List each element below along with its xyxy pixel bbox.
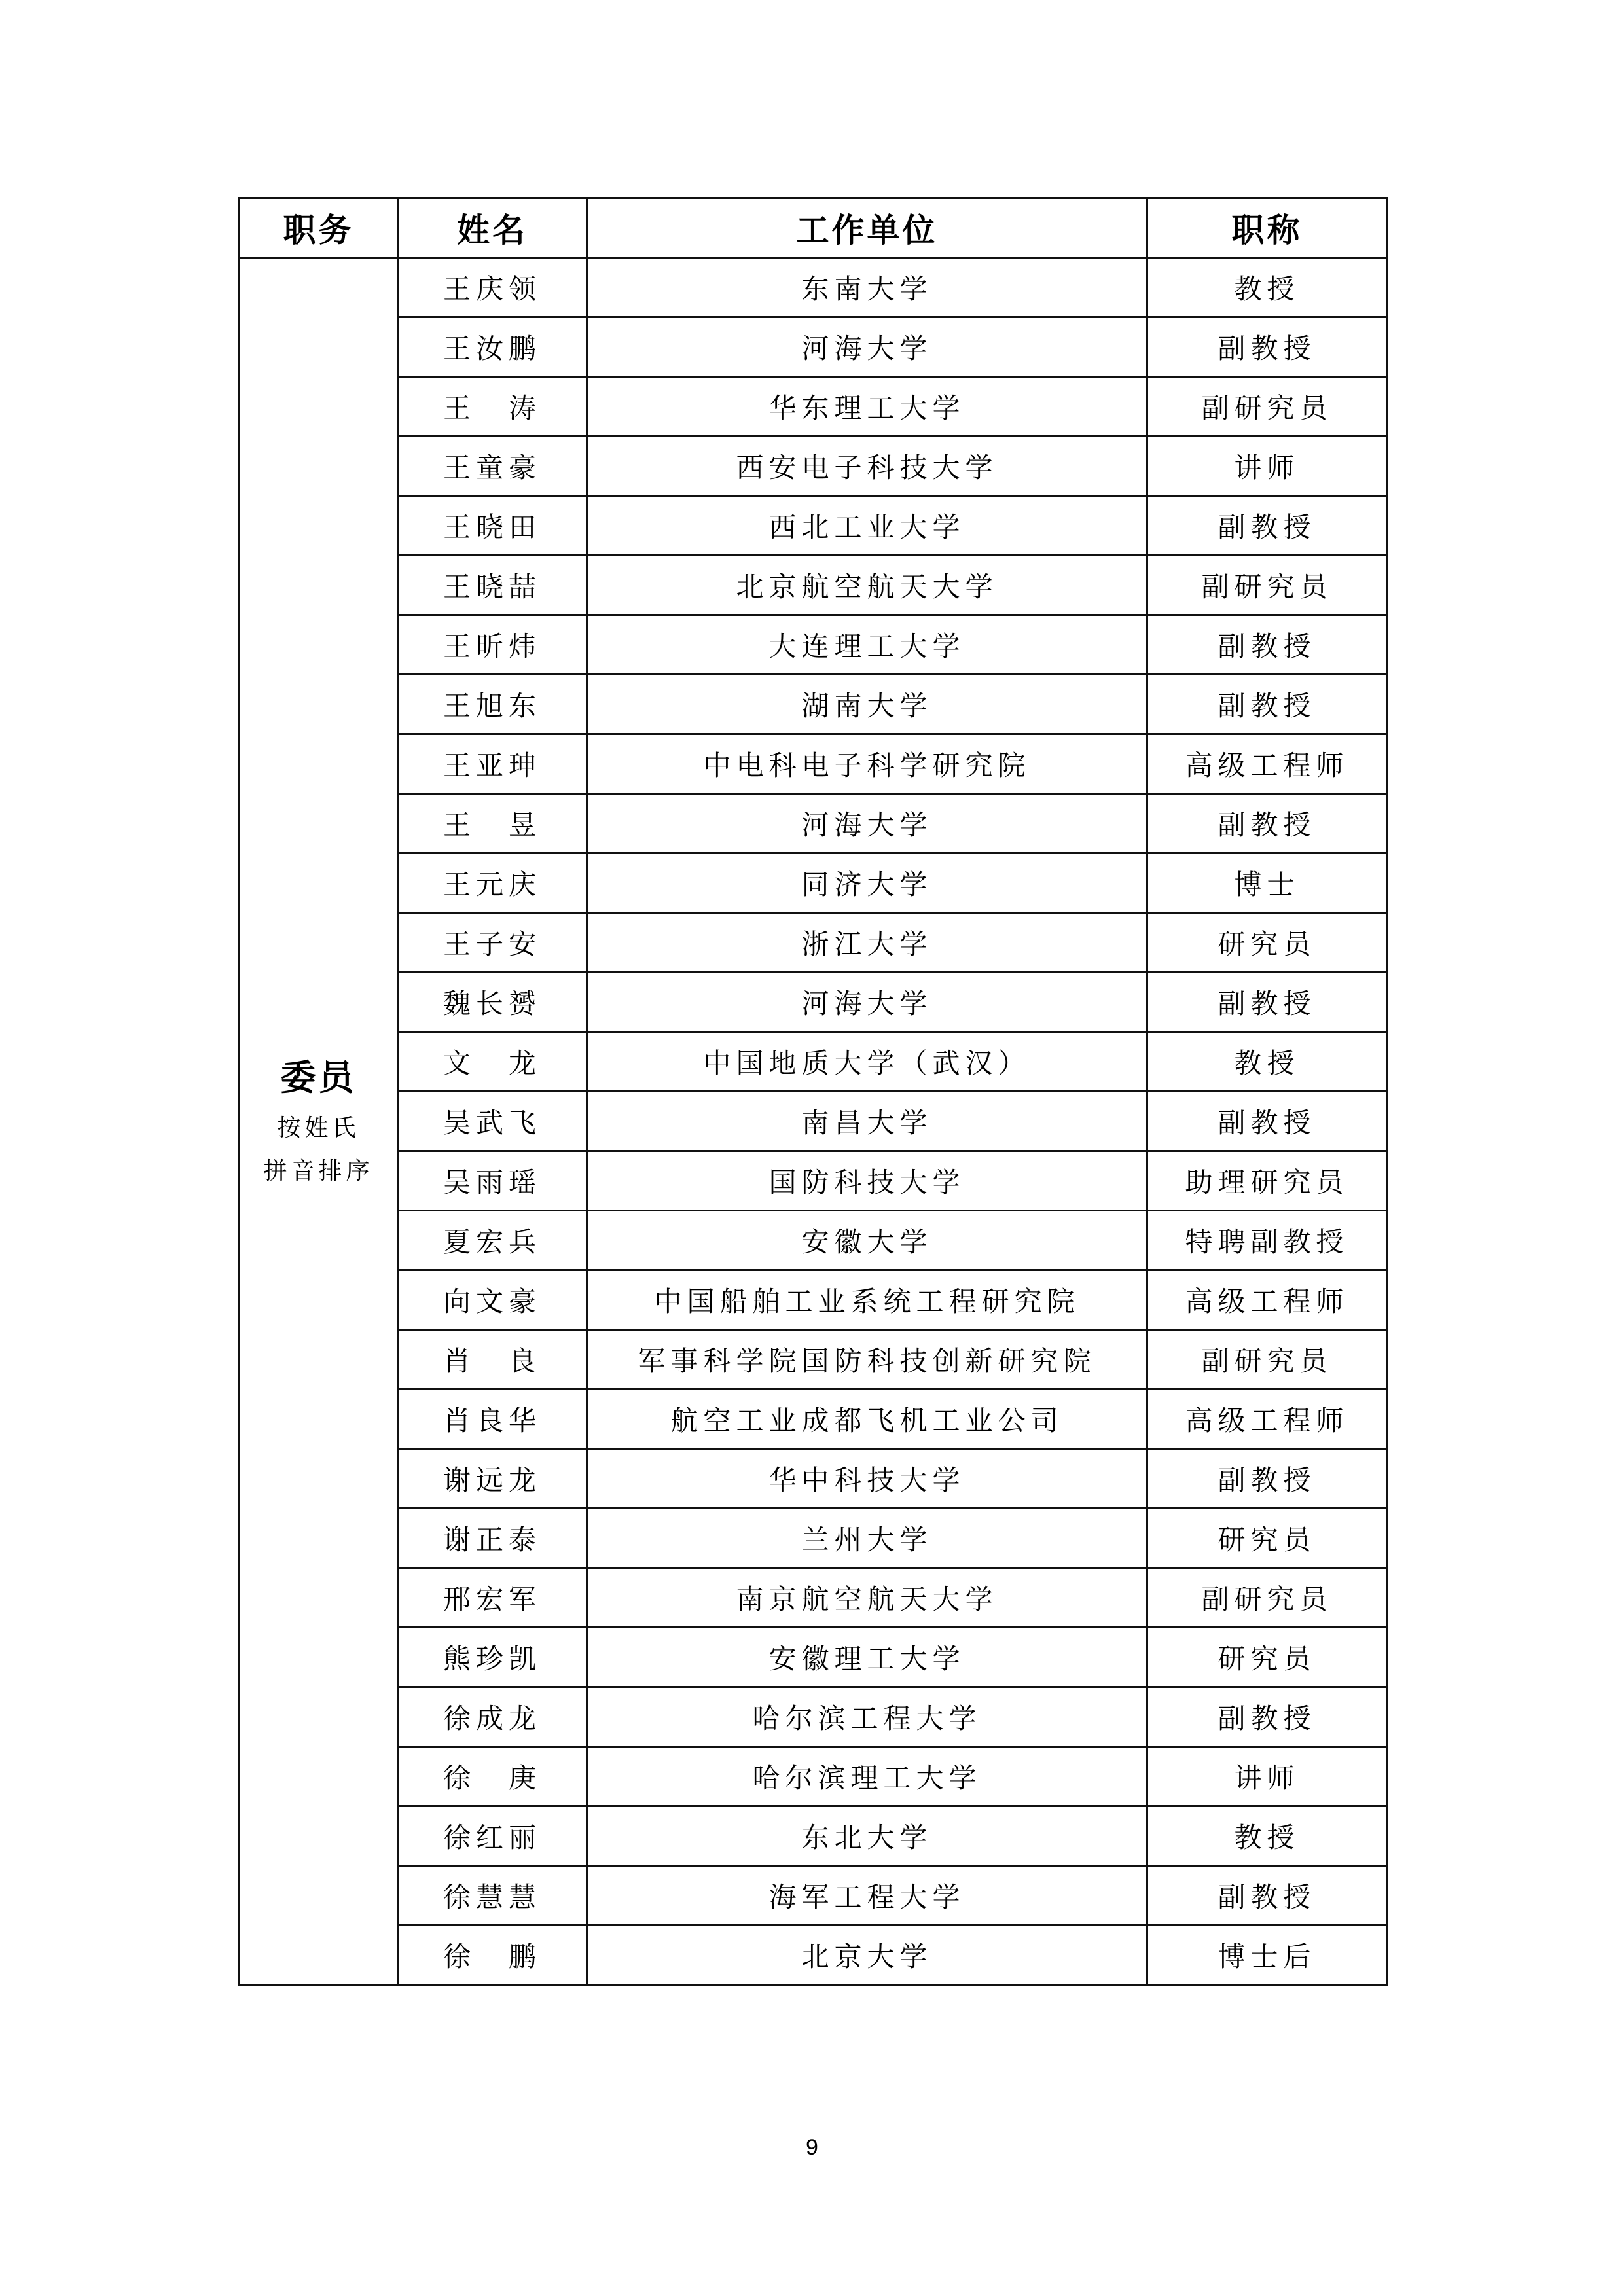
member-name: 谢远龙 xyxy=(398,1449,587,1509)
member-name: 王晓喆 xyxy=(398,556,587,615)
member-unit: 西北工业大学 xyxy=(587,496,1147,556)
page-number: 9 xyxy=(0,2135,1624,2161)
table-row: 徐慧慧海军工程大学副教授 xyxy=(240,1866,1387,1926)
table-row: 魏长赟河海大学副教授 xyxy=(240,973,1387,1032)
table-row: 熊珍凯安徽理工大学研究员 xyxy=(240,1628,1387,1687)
member-title: 研究员 xyxy=(1147,1628,1387,1687)
member-title: 高级工程师 xyxy=(1147,734,1387,794)
table-row: 王元庆同济大学博士 xyxy=(240,853,1387,913)
member-title: 博士后 xyxy=(1147,1926,1387,1985)
member-name: 王童豪 xyxy=(398,437,587,496)
member-title: 副教授 xyxy=(1147,1866,1387,1926)
member-unit: 南京航空航天大学 xyxy=(587,1568,1147,1628)
member-unit: 河海大学 xyxy=(587,794,1147,853)
member-unit: 华中科技大学 xyxy=(587,1449,1147,1509)
header-title: 职称 xyxy=(1147,198,1387,258)
table-row: 王旭东湖南大学副教授 xyxy=(240,675,1387,734)
table-row: 王 昱河海大学副教授 xyxy=(240,794,1387,853)
member-name: 王 昱 xyxy=(398,794,587,853)
committee-roster-table: 职务 姓名 工作单位 职称 委员 按姓氏 拼音排序 王庆领 东南大学 教授 王汝… xyxy=(238,197,1388,1986)
member-unit: 东南大学 xyxy=(587,258,1147,317)
table-row: 文 龙中国地质大学（武汉）教授 xyxy=(240,1032,1387,1092)
member-unit: 浙江大学 xyxy=(587,913,1147,973)
table-row: 王昕炜大连理工大学副教授 xyxy=(240,615,1387,675)
member-title: 副教授 xyxy=(1147,675,1387,734)
member-title: 副教授 xyxy=(1147,1092,1387,1151)
member-title: 讲师 xyxy=(1147,437,1387,496)
member-unit: 中电科电子科学研究院 xyxy=(587,734,1147,794)
table-row: 徐 鹏北京大学博士后 xyxy=(240,1926,1387,1985)
member-unit: 河海大学 xyxy=(587,317,1147,377)
member-name: 谢正泰 xyxy=(398,1509,587,1568)
table-row: 王亚珅中电科电子科学研究院高级工程师 xyxy=(240,734,1387,794)
member-title: 研究员 xyxy=(1147,913,1387,973)
role-note-line2: 拼音排序 xyxy=(240,1150,397,1193)
member-title: 教授 xyxy=(1147,1806,1387,1866)
member-name: 王 涛 xyxy=(398,377,587,437)
member-title: 副教授 xyxy=(1147,496,1387,556)
member-name: 文 龙 xyxy=(398,1032,587,1092)
member-title: 副研究员 xyxy=(1147,377,1387,437)
member-unit: 兰州大学 xyxy=(587,1509,1147,1568)
table-row: 徐 庚哈尔滨理工大学讲师 xyxy=(240,1747,1387,1806)
table-row: 王汝鹏河海大学副教授 xyxy=(240,317,1387,377)
table-row: 徐红丽东北大学教授 xyxy=(240,1806,1387,1866)
table-row: 徐成龙哈尔滨工程大学副教授 xyxy=(240,1687,1387,1747)
table-row: 夏宏兵安徽大学特聘副教授 xyxy=(240,1211,1387,1270)
table-row: 邢宏军南京航空航天大学副研究员 xyxy=(240,1568,1387,1628)
member-unit: 安徽理工大学 xyxy=(587,1628,1147,1687)
member-name: 向文豪 xyxy=(398,1270,587,1330)
member-name: 徐慧慧 xyxy=(398,1866,587,1926)
member-name: 王元庆 xyxy=(398,853,587,913)
member-title: 副研究员 xyxy=(1147,1568,1387,1628)
member-unit: 湖南大学 xyxy=(587,675,1147,734)
header-unit: 工作单位 xyxy=(587,198,1147,258)
member-title: 副研究员 xyxy=(1147,556,1387,615)
header-role: 职务 xyxy=(240,198,398,258)
table-row: 王晓田西北工业大学副教授 xyxy=(240,496,1387,556)
table-row: 谢正泰兰州大学研究员 xyxy=(240,1509,1387,1568)
member-unit: 海军工程大学 xyxy=(587,1866,1147,1926)
member-unit: 中国船舶工业系统工程研究院 xyxy=(587,1270,1147,1330)
table-row: 肖良华航空工业成都飞机工业公司高级工程师 xyxy=(240,1390,1387,1449)
member-title: 教授 xyxy=(1147,1032,1387,1092)
member-title: 副教授 xyxy=(1147,615,1387,675)
member-title: 副教授 xyxy=(1147,317,1387,377)
table-row: 委员 按姓氏 拼音排序 王庆领 东南大学 教授 xyxy=(240,258,1387,317)
member-title: 副教授 xyxy=(1147,1449,1387,1509)
member-title: 教授 xyxy=(1147,258,1387,317)
member-unit: 军事科学院国防科技创新研究院 xyxy=(587,1330,1147,1390)
role-note-line1: 按姓氏 xyxy=(240,1107,397,1150)
member-name: 王汝鹏 xyxy=(398,317,587,377)
member-name: 吴武飞 xyxy=(398,1092,587,1151)
table-row: 王童豪西安电子科技大学讲师 xyxy=(240,437,1387,496)
role-label: 委员 xyxy=(240,1050,397,1100)
member-unit: 大连理工大学 xyxy=(587,615,1147,675)
member-unit: 西安电子科技大学 xyxy=(587,437,1147,496)
member-name: 徐 庚 xyxy=(398,1747,587,1806)
table-row: 王晓喆北京航空航天大学副研究员 xyxy=(240,556,1387,615)
member-title: 研究员 xyxy=(1147,1509,1387,1568)
member-name: 徐红丽 xyxy=(398,1806,587,1866)
member-title: 特聘副教授 xyxy=(1147,1211,1387,1270)
member-unit: 航空工业成都飞机工业公司 xyxy=(587,1390,1147,1449)
member-name: 王庆领 xyxy=(398,258,587,317)
member-unit: 东北大学 xyxy=(587,1806,1147,1866)
member-name: 王昕炜 xyxy=(398,615,587,675)
member-name: 肖良华 xyxy=(398,1390,587,1449)
member-title: 高级工程师 xyxy=(1147,1390,1387,1449)
member-name: 徐成龙 xyxy=(398,1687,587,1747)
member-title: 助理研究员 xyxy=(1147,1151,1387,1211)
member-title: 讲师 xyxy=(1147,1747,1387,1806)
member-name: 魏长赟 xyxy=(398,973,587,1032)
member-title: 副研究员 xyxy=(1147,1330,1387,1390)
member-title: 副教授 xyxy=(1147,973,1387,1032)
member-name: 夏宏兵 xyxy=(398,1211,587,1270)
member-unit: 哈尔滨工程大学 xyxy=(587,1687,1147,1747)
table-row: 向文豪中国船舶工业系统工程研究院高级工程师 xyxy=(240,1270,1387,1330)
member-title: 博士 xyxy=(1147,853,1387,913)
header-name: 姓名 xyxy=(398,198,587,258)
member-name: 徐 鹏 xyxy=(398,1926,587,1985)
member-name: 肖 良 xyxy=(398,1330,587,1390)
table-row: 王子安浙江大学研究员 xyxy=(240,913,1387,973)
member-name: 王亚珅 xyxy=(398,734,587,794)
member-unit: 河海大学 xyxy=(587,973,1147,1032)
role-group-cell: 委员 按姓氏 拼音排序 xyxy=(240,258,398,1985)
table-header-row: 职务 姓名 工作单位 职称 xyxy=(240,198,1387,258)
member-unit: 同济大学 xyxy=(587,853,1147,913)
member-title: 副教授 xyxy=(1147,794,1387,853)
member-name: 邢宏军 xyxy=(398,1568,587,1628)
member-name: 王晓田 xyxy=(398,496,587,556)
member-title: 副教授 xyxy=(1147,1687,1387,1747)
member-name: 王旭东 xyxy=(398,675,587,734)
member-unit: 华东理工大学 xyxy=(587,377,1147,437)
member-unit: 哈尔滨理工大学 xyxy=(587,1747,1147,1806)
table-row: 王 涛华东理工大学副研究员 xyxy=(240,377,1387,437)
table-row: 肖 良军事科学院国防科技创新研究院副研究员 xyxy=(240,1330,1387,1390)
member-name: 王子安 xyxy=(398,913,587,973)
member-title: 高级工程师 xyxy=(1147,1270,1387,1330)
member-name: 熊珍凯 xyxy=(398,1628,587,1687)
member-name: 吴雨瑶 xyxy=(398,1151,587,1211)
member-unit: 北京大学 xyxy=(587,1926,1147,1985)
table-row: 吴雨瑶国防科技大学助理研究员 xyxy=(240,1151,1387,1211)
member-unit: 安徽大学 xyxy=(587,1211,1147,1270)
member-unit: 南昌大学 xyxy=(587,1092,1147,1151)
member-unit: 国防科技大学 xyxy=(587,1151,1147,1211)
member-unit: 北京航空航天大学 xyxy=(587,556,1147,615)
table-row: 吴武飞南昌大学副教授 xyxy=(240,1092,1387,1151)
table-body: 委员 按姓氏 拼音排序 王庆领 东南大学 教授 王汝鹏河海大学副教授王 涛华东理… xyxy=(240,258,1387,1985)
table-row: 谢远龙华中科技大学副教授 xyxy=(240,1449,1387,1509)
member-unit: 中国地质大学（武汉） xyxy=(587,1032,1147,1092)
